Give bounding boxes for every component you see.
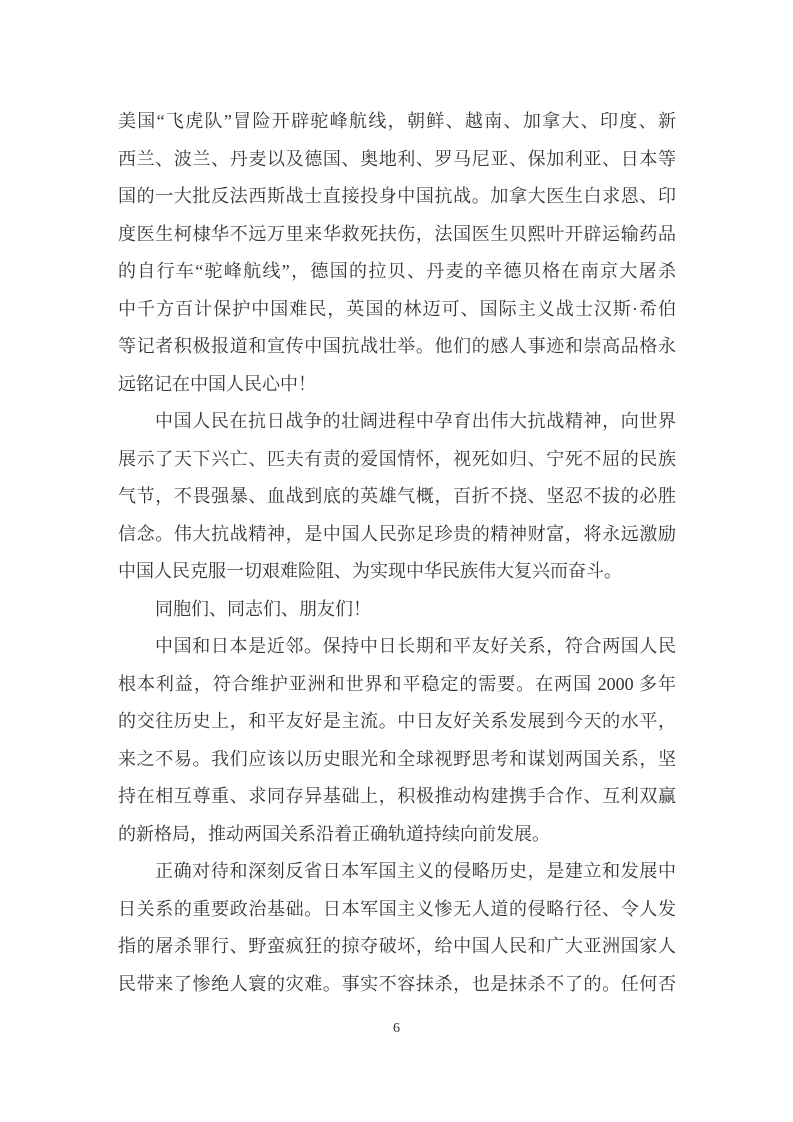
text-line: 中国人民在抗日战争的壮阔进程中孕育出伟大抗战精神，向世界 (118, 403, 676, 441)
text-line: 展示了天下兴亡、匹夫有责的爱国情怀，视死如归、宁死不屈的民族 (118, 441, 676, 479)
text-line: 正确对待和深刻反省日本军国主义的侵略历史，是建立和发展中 (118, 853, 676, 891)
paragraph: 中国人民在抗日战争的壮阔进程中孕育出伟大抗战精神，向世界展示了天下兴亡、匹夫有责… (118, 403, 676, 591)
text-line: 气节，不畏强暴、血战到底的英雄气概，百折不挠、坚忍不拔的必胜 (118, 478, 676, 516)
text-line: 的自行车“驼峰航线”，德国的拉贝、丹麦的辛德贝格在南京大屠杀 (118, 253, 676, 291)
text-line: 根本利益，符合维护亚洲和世界和平稳定的需要。在两国 2000 多年 (118, 666, 676, 704)
text-line: 持在相互尊重、求同存异基础上，积极推动构建携手合作、互利双赢 (118, 778, 676, 816)
text-line: 中国和日本是近邻。保持中日长期和平友好关系，符合两国人民 (118, 628, 676, 666)
text-line: 西兰、波兰、丹麦以及德国、奥地利、罗马尼亚、保加利亚、日本等 (118, 141, 676, 179)
text-line: 的新格局，推动两国关系沿着正确轨道持续向前发展。 (118, 816, 676, 854)
text-line: 民带来了惨绝人寰的灾难。事实不容抹杀，也是抹杀不了的。任何否 (118, 966, 676, 1004)
page-number: 6 (0, 1020, 793, 1038)
text-line: 远铭记在中国人民心中！ (118, 366, 676, 404)
text-line: 来之不易。我们应该以历史眼光和全球视野思考和谋划两国关系，坚 (118, 741, 676, 779)
paragraph: 中国和日本是近邻。保持中日长期和平友好关系，符合两国人民根本利益，符合维护亚洲和… (118, 628, 676, 853)
paragraph: 同胞们、同志们、朋友们！ (118, 591, 676, 629)
paragraph: 正确对待和深刻反省日本军国主义的侵略历史，是建立和发展中日关系的重要政治基础。日… (118, 853, 676, 1003)
text-line: 美国“飞虎队”冒险开辟驼峰航线，朝鲜、越南、加拿大、印度、新 (118, 103, 676, 141)
body-text: 美国“飞虎队”冒险开辟驼峰航线，朝鲜、越南、加拿大、印度、新西兰、波兰、丹麦以及… (118, 103, 676, 1003)
text-line: 的交往历史上，和平友好是主流。中日友好关系发展到今天的水平， (118, 703, 676, 741)
text-line: 日关系的重要政治基础。日本军国主义惨无人道的侵略行径、令人发 (118, 891, 676, 929)
paragraph: 美国“飞虎队”冒险开辟驼峰航线，朝鲜、越南、加拿大、印度、新西兰、波兰、丹麦以及… (118, 103, 676, 403)
text-line: 国的一大批反法西斯战士直接投身中国抗战。加拿大医生白求恩、印 (118, 178, 676, 216)
text-line: 指的屠杀罪行、野蛮疯狂的掠夺破坏，给中国人民和广大亚洲国家人 (118, 928, 676, 966)
document-page: 美国“飞虎队”冒险开辟驼峰航线，朝鲜、越南、加拿大、印度、新西兰、波兰、丹麦以及… (0, 0, 793, 1122)
text-line: 同胞们、同志们、朋友们！ (118, 591, 676, 629)
text-line: 信念。伟大抗战精神，是中国人民弥足珍贵的精神财富，将永远激励 (118, 516, 676, 554)
text-line: 中国人民克服一切艰难险阻、为实现中华民族伟大复兴而奋斗。 (118, 553, 676, 591)
text-line: 度医生柯棣华不远万里来华救死扶伤，法国医生贝熙叶开辟运输药品 (118, 216, 676, 254)
text-line: 等记者积极报道和宣传中国抗战壮举。他们的感人事迹和崇高品格永 (118, 328, 676, 366)
text-line: 中千方百计保护中国难民，英国的林迈可、国际主义战士汉斯·希伯 (118, 291, 676, 329)
